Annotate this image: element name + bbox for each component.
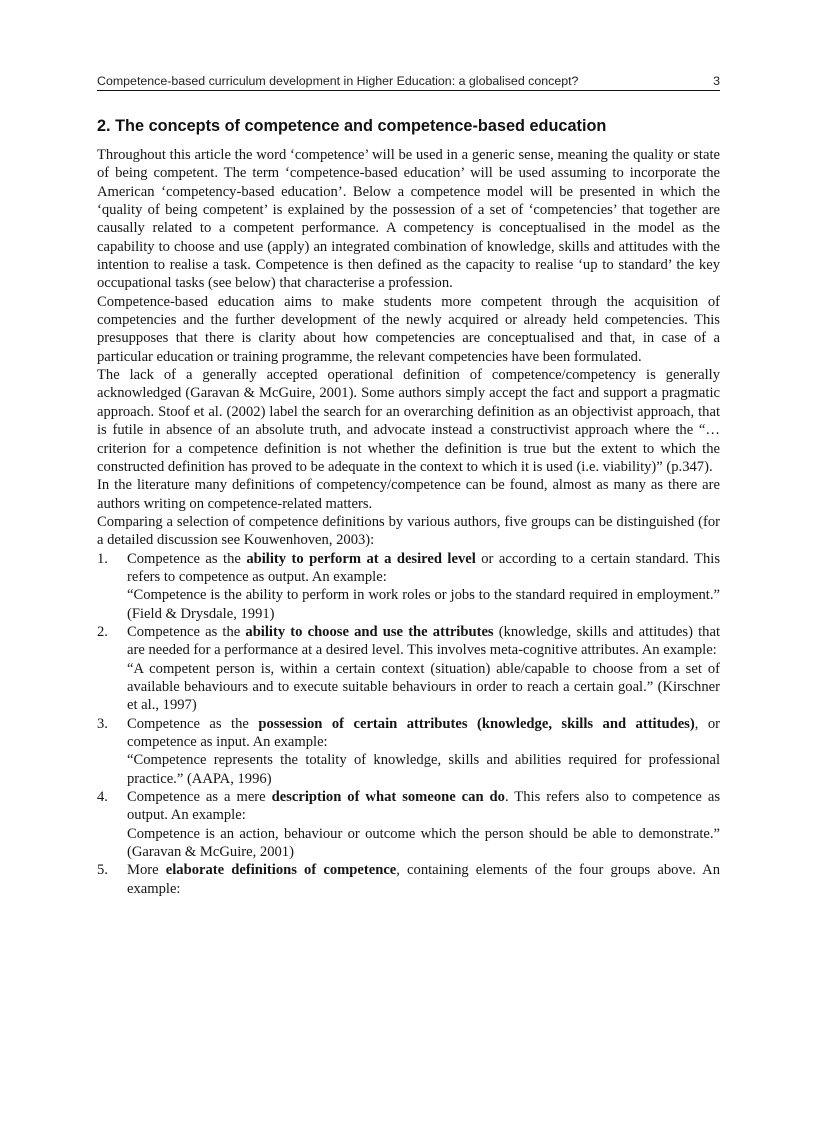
paragraph-intro: Throughout this article the word ‘compet…: [97, 146, 720, 293]
list-number: 2.: [97, 623, 108, 641]
list-item: 1. Competence as the ability to perform …: [97, 550, 720, 623]
group-key-phrase: ability to choose and use the attributes: [245, 624, 493, 640]
group-example: “Competence is the ability to perform in…: [127, 586, 720, 623]
group-description: Competence as the possession of certain …: [127, 715, 720, 752]
list-item: 2. Competence as the ability to choose a…: [97, 623, 720, 715]
list-number: 5.: [97, 861, 108, 879]
group-key-phrase: elaborate definitions of competence: [166, 862, 397, 878]
group-description: More elaborate definitions of competence…: [127, 861, 720, 898]
list-number: 4.: [97, 788, 108, 806]
group-description: Competence as the ability to perform at …: [127, 550, 720, 587]
list-item: 5. More elaborate definitions of compete…: [97, 861, 720, 898]
list-number: 3.: [97, 715, 108, 733]
group-description: Competence as a mere description of what…: [127, 788, 720, 825]
running-header: Competence-based curriculum development …: [97, 74, 720, 91]
group-example: “Competence represents the totality of k…: [127, 751, 720, 788]
group-description: Competence as the ability to choose and …: [127, 623, 720, 660]
group-key-phrase: ability to perform at a desired level: [246, 551, 475, 567]
group-example: Competence is an action, behaviour or ou…: [127, 825, 720, 862]
paragraph-literature: In the literature many definitions of co…: [97, 476, 720, 513]
running-title: Competence-based curriculum development …: [97, 74, 578, 88]
paragraph-groups-intro: Comparing a selection of competence defi…: [97, 513, 720, 550]
list-number: 1.: [97, 550, 108, 568]
section-title: 2. The concepts of competence and compet…: [97, 116, 720, 136]
document-page: Competence-based curriculum development …: [97, 74, 720, 898]
paragraph-definition-lack: The lack of a generally accepted operati…: [97, 366, 720, 476]
section-body: Throughout this article the word ‘compet…: [97, 146, 720, 898]
list-item: 3. Competence as the possession of certa…: [97, 715, 720, 788]
list-item: 4. Competence as a mere description of w…: [97, 788, 720, 861]
competence-groups-list: 1. Competence as the ability to perform …: [97, 550, 720, 899]
group-example: “A competent person is, within a certain…: [127, 660, 720, 715]
page-number: 3: [713, 74, 720, 88]
group-key-phrase: description of what someone can do: [272, 789, 505, 805]
paragraph-cbe: Competence-based education aims to make …: [97, 293, 720, 366]
group-key-phrase: possession of certain attributes (knowle…: [258, 716, 694, 732]
